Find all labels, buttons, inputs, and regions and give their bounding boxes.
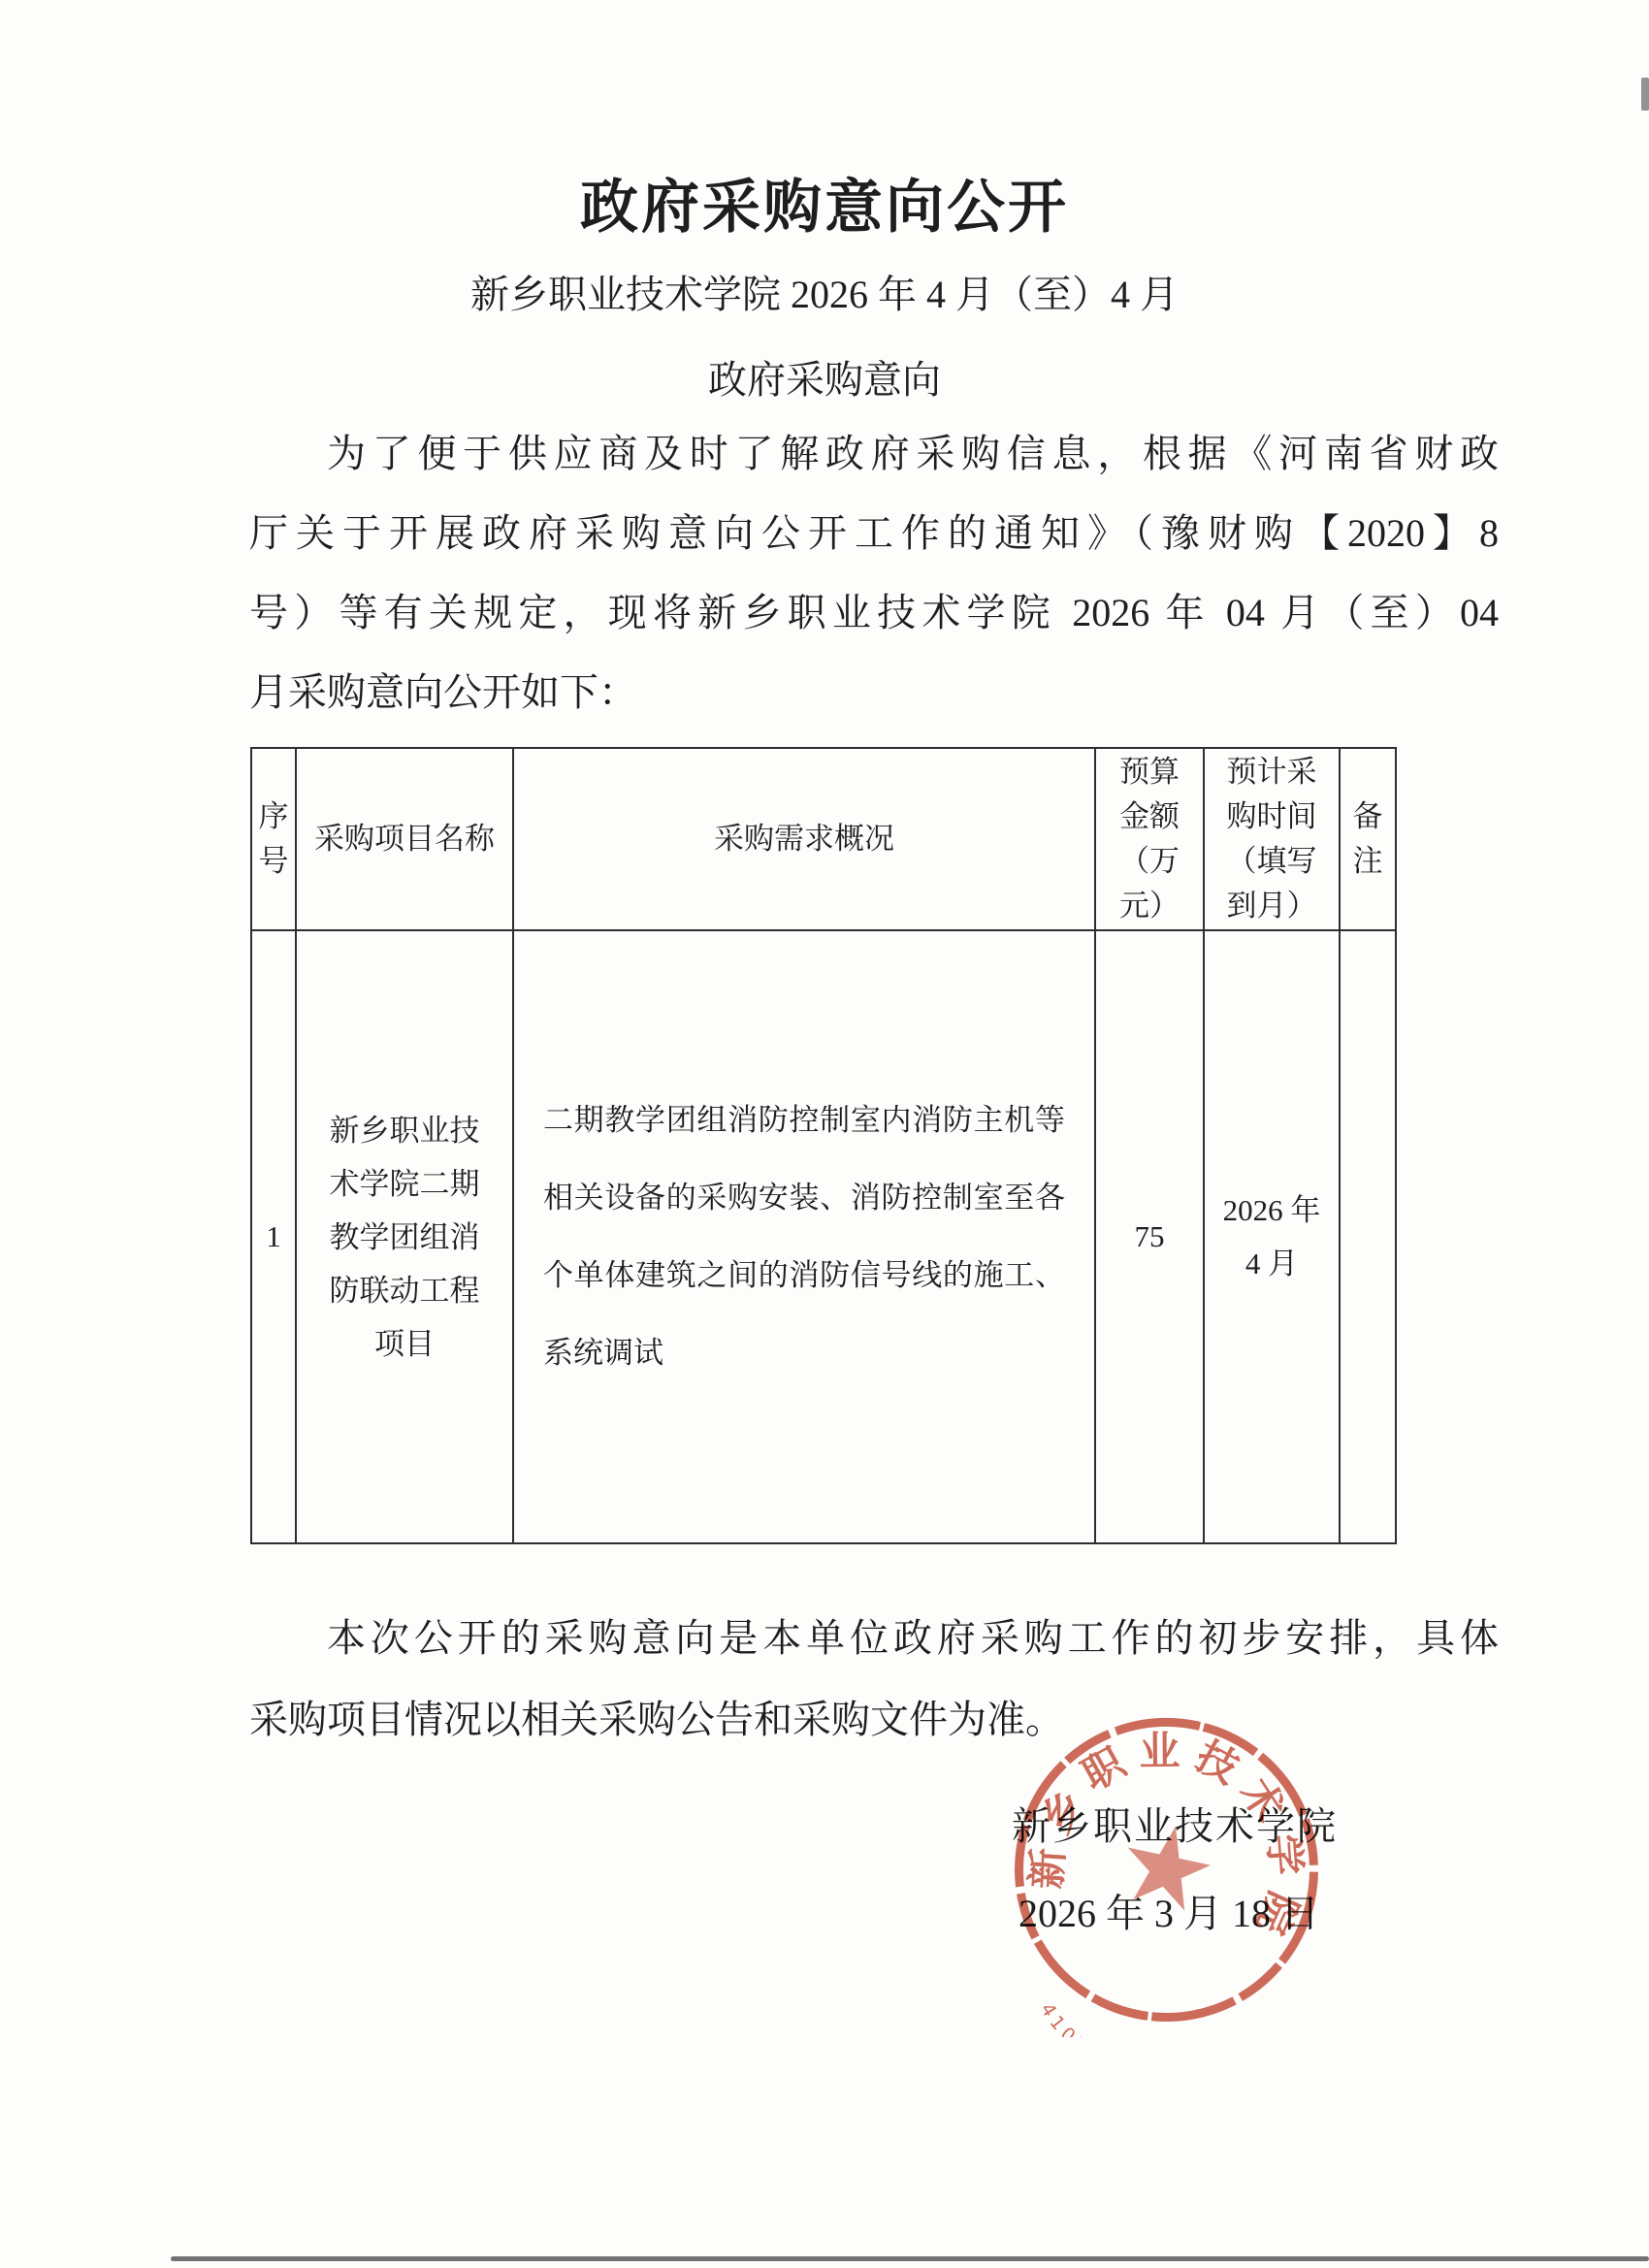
cell-demand-summary: 二期教学团组消防控制室内消防主机等相关设备的采购安装、消防控制室至各个单体建筑之… <box>513 930 1095 1543</box>
table-header-row: 序号 采购项目名称 采购需求概况 预算金额（万元） 预计采购时间（填写到月） 备… <box>251 748 1396 930</box>
table-row: 1 新乡职业技术学院二期教学团组消防联动工程项目 二期教学团组消防控制室内消防主… <box>251 930 1396 1543</box>
seal-organization-text: 新乡职业技术学院 <box>1015 1702 1334 1954</box>
closing-line-1: 本次公开的采购意向是本单位政府采购工作的初步安排，具体 <box>249 1598 1499 1679</box>
cell-expected-time: 2026 年 4 月 <box>1204 930 1340 1543</box>
intro-line-1: 为了便于供应商及时了解政府采购信息，根据《河南省财政 <box>249 414 1499 494</box>
header-remark: 备注 <box>1340 748 1396 930</box>
header-expected-time: 预计采购时间（填写到月） <box>1204 748 1340 930</box>
seal-star-icon <box>1117 1817 1217 1914</box>
official-red-seal: 新乡职业技术学院 4107002345892 <box>999 1702 1334 2037</box>
document-subtitle: 新乡职业技术学院 2026 年 4 月（至）4 月 <box>0 264 1649 319</box>
cell-budget: 75 <box>1095 930 1204 1543</box>
header-project-name: 采购项目名称 <box>296 748 513 930</box>
intro-paragraph: 为了便于供应商及时了解政府采购信息，根据《河南省财政 厅关于开展政府采购意向公开… <box>249 414 1499 732</box>
intro-line-2: 厅关于开展政府采购意向公开工作的通知》（豫财购【2020】8 <box>249 494 1499 573</box>
section-heading: 政府采购意向 <box>0 349 1649 405</box>
scan-artifact-bottom-edge <box>171 2256 1649 2261</box>
cell-project-name: 新乡职业技术学院二期教学团组消防联动工程项目 <box>296 930 513 1543</box>
scan-artifact-right-edge <box>1641 78 1649 111</box>
svg-text:新乡职业技术学院: 新乡职业技术学院 <box>1015 1702 1334 1954</box>
header-budget: 预算金额（万元） <box>1095 748 1204 930</box>
intro-line-3: 号）等有关规定，现将新乡职业技术学院 2026 年 04 月（至）04 <box>249 573 1499 653</box>
scanned-document-page: 政府采购意向公开 新乡职业技术学院 2026 年 4 月（至）4 月 政府采购意… <box>0 0 1649 2268</box>
cell-remark <box>1340 930 1396 1543</box>
header-demand-summary: 采购需求概况 <box>513 748 1095 930</box>
intro-line-4: 月采购意向公开如下： <box>249 653 1499 732</box>
cell-serial-number: 1 <box>251 930 296 1543</box>
document-title: 政府采购意向公开 <box>0 161 1649 244</box>
procurement-intent-table: 序号 采购项目名称 采购需求概况 预算金额（万元） 预计采购时间（填写到月） 备… <box>250 747 1397 1544</box>
header-serial-number: 序号 <box>251 748 296 930</box>
